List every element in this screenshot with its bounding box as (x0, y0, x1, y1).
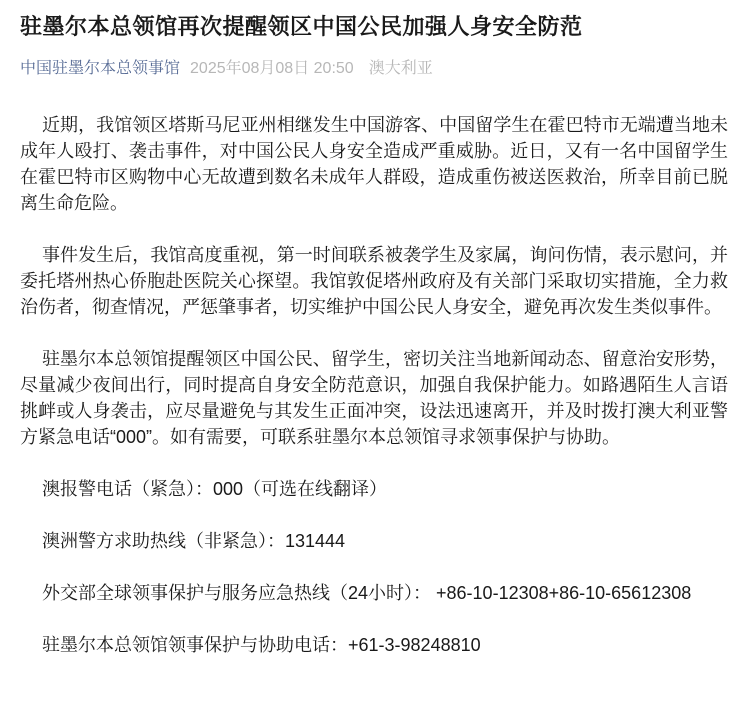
paragraph-incident: 近期，我馆领区塔斯马尼亚州相继发生中国游客、中国留学生在霍巴特市无端遭当地未成年… (20, 112, 728, 216)
article-meta: 中国驻墨尔本总领事馆 2025年08月08日 20:50 澳大利亚 (20, 58, 728, 80)
contact-line-consulate-phone: 驻墨尔本总领馆领事保护与协助电话：+61-3-98248810 (20, 632, 728, 658)
publish-date: 2025年08月08日 20:50 (190, 58, 354, 80)
paragraph-response: 事件发生后，我馆高度重视，第一时间联系被袭学生及家属，询问伤情，表示慰问，并委托… (20, 242, 728, 320)
source-account-link[interactable]: 中国驻墨尔本总领事馆 (20, 58, 180, 80)
article-title: 驻墨尔本总领馆再次提醒领区中国公民加强人身安全防范 (20, 12, 728, 42)
article-body: 近期，我馆领区塔斯马尼亚州相继发生中国游客、中国留学生在霍巴特市无端遭当地未成年… (20, 112, 728, 658)
contact-line-emergency-police: 澳报警电话（紧急）：000（可选在线翻译） (20, 476, 728, 502)
publish-location: 澳大利亚 (369, 58, 433, 80)
article-page: 驻墨尔本总领馆再次提醒领区中国公民加强人身安全防范 中国驻墨尔本总领事馆 202… (0, 0, 734, 726)
contact-line-mfa-hotline: 外交部全球领事保护与服务应急热线（24小时）： +86-10-12308+86-… (20, 580, 728, 606)
paragraph-advice: 驻墨尔本总领馆提醒领区中国公民、留学生，密切关注当地新闻动态、留意治安形势，尽量… (20, 346, 728, 450)
contact-line-police-assist: 澳洲警方求助热线（非紧急）：131444 (20, 528, 728, 554)
